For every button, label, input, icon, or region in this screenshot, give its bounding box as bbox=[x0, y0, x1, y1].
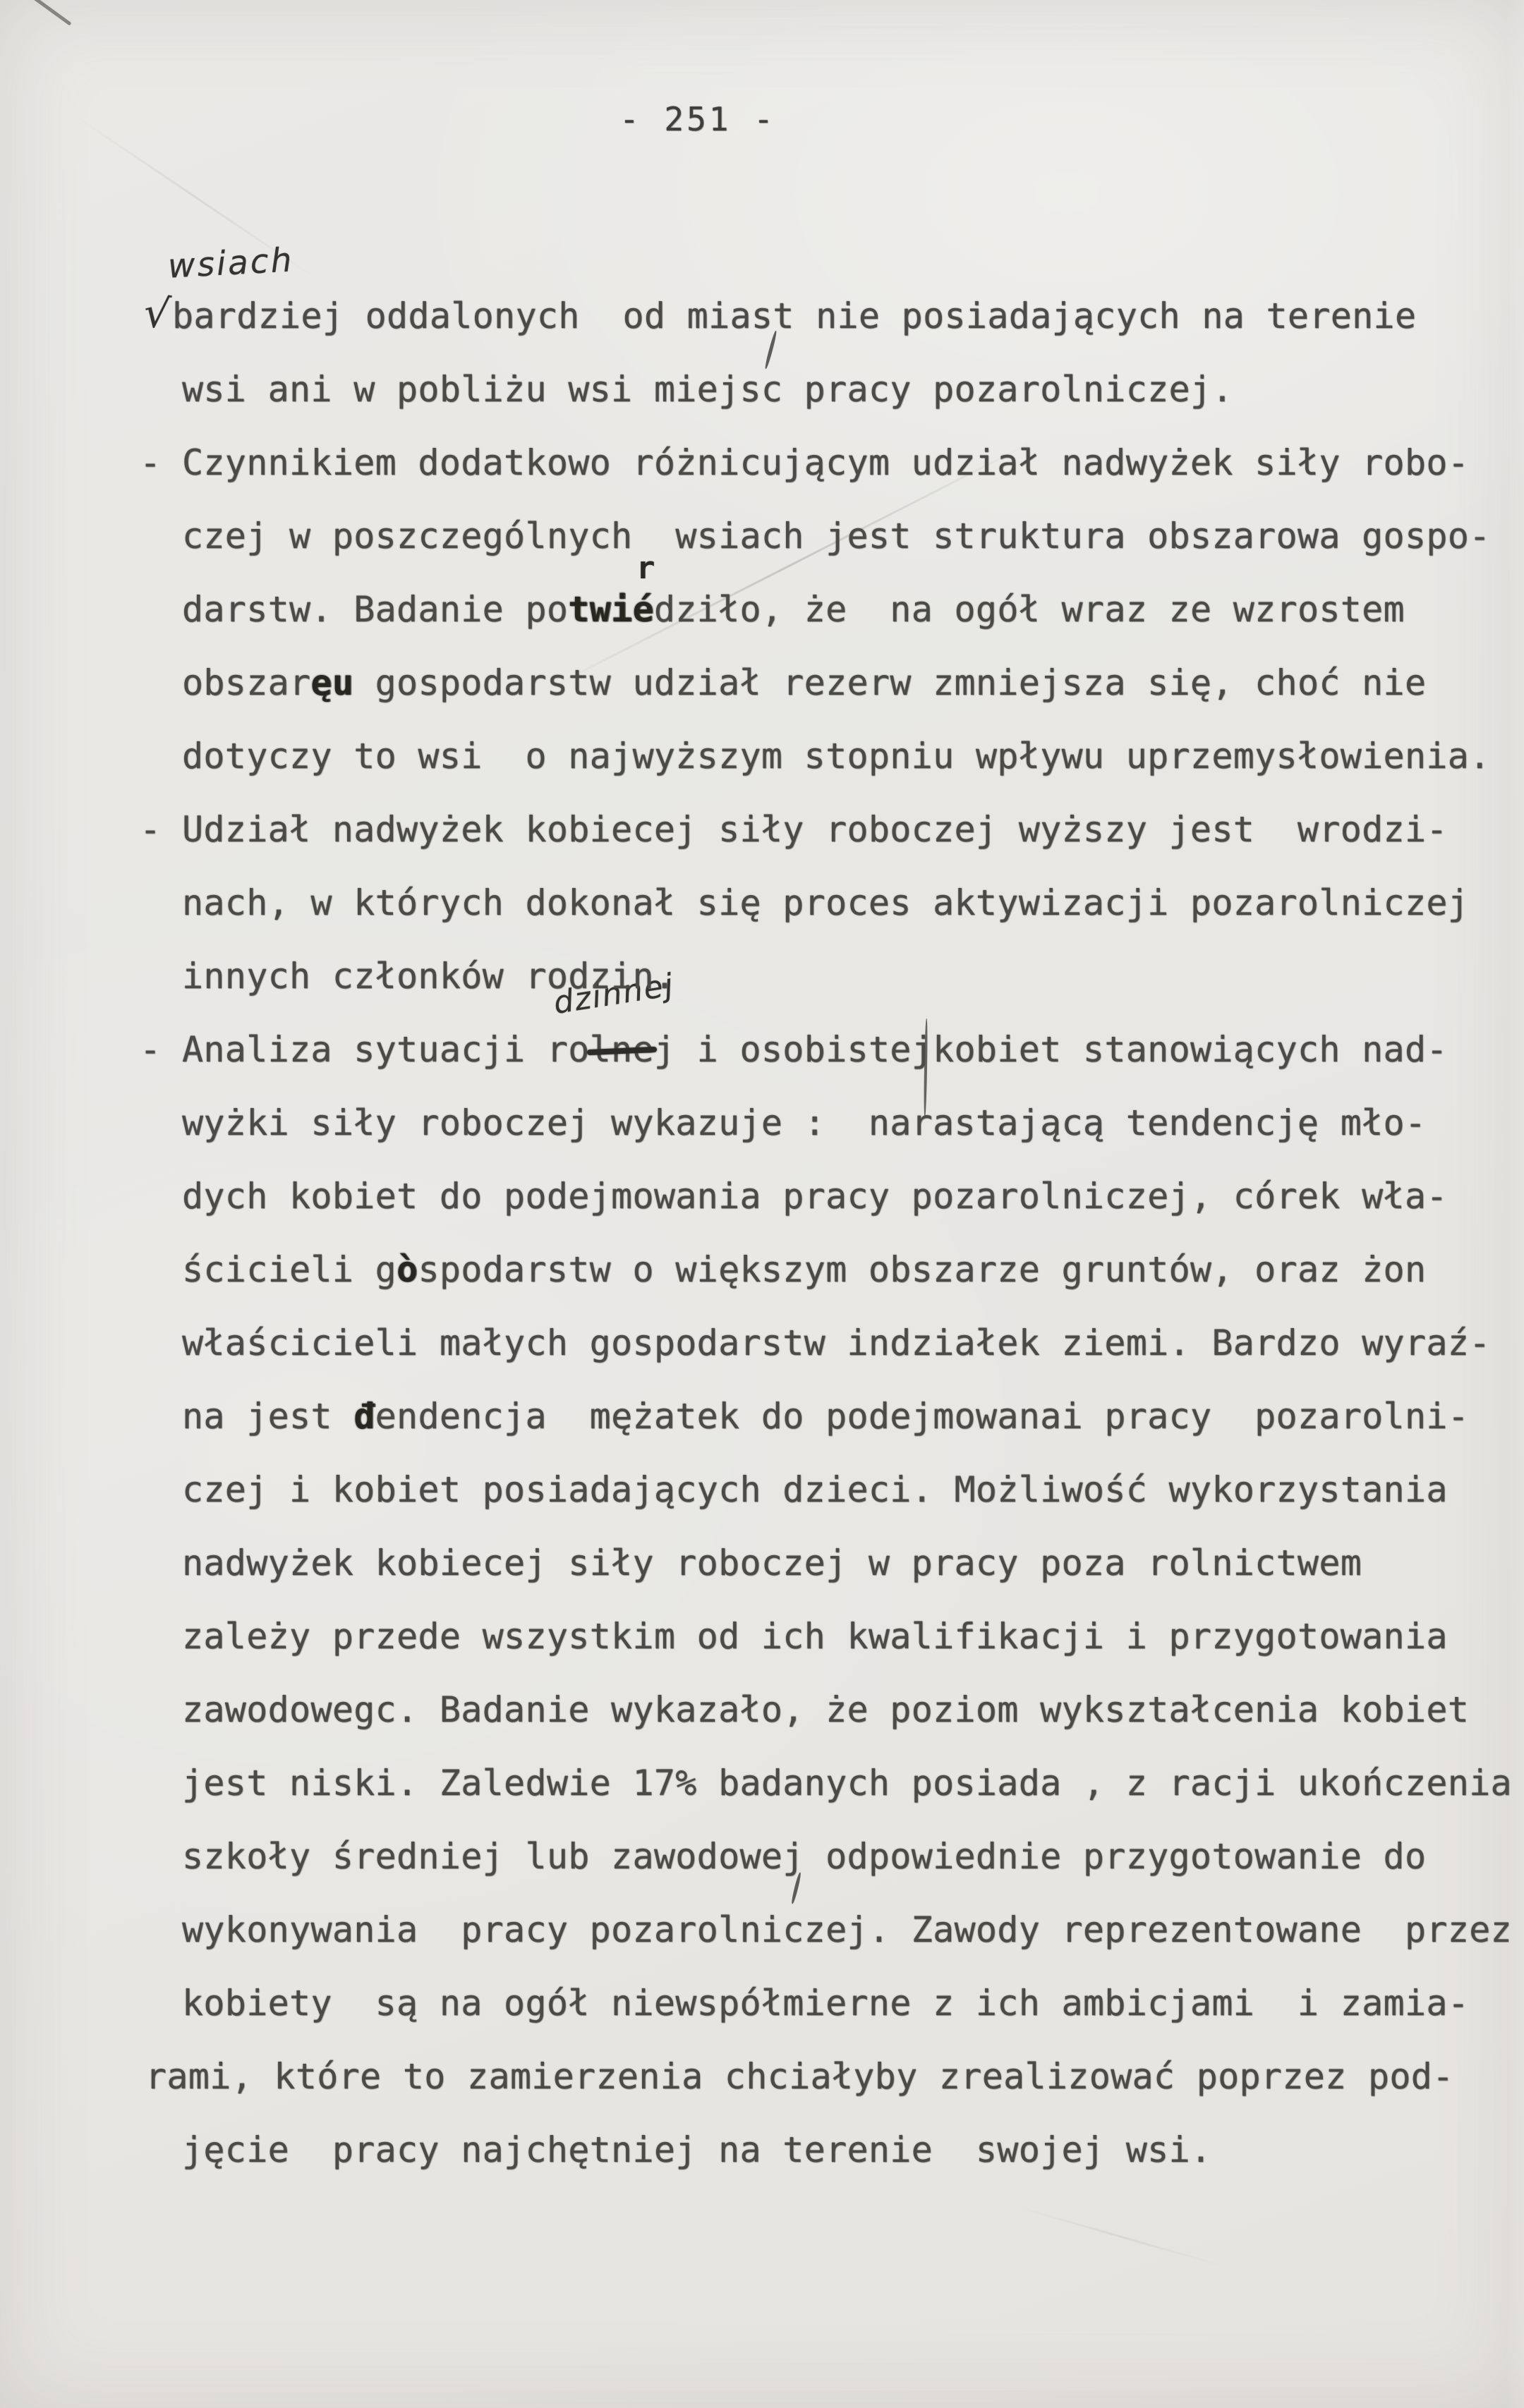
text-line-content: jest niski. Zaledwie 17% badanych posiad… bbox=[182, 1762, 1512, 1804]
text-line-content: bardziej oddalonych od miast nie posiada… bbox=[172, 295, 1416, 337]
text-line: wsi ani w pobliżu wsi miejsc pracy pozar… bbox=[0, 368, 1524, 412]
typed-text: Udział nadwyżek kobiecej siły roboczej w… bbox=[182, 809, 1448, 850]
text-line: szkoły średniej lub zawodowej odpowiedni… bbox=[0, 1835, 1524, 1879]
typed-text: czej i kobiet posiadających dzieci. Możl… bbox=[182, 1469, 1448, 1510]
typed-text: zawodowegc. Badanie wykazało, że poziom … bbox=[182, 1689, 1469, 1730]
text-line: innych członków rodzin. bbox=[0, 955, 1524, 999]
typed-text: jest niski. Zaledwie 17% badanych posiad… bbox=[182, 1763, 1512, 1804]
typed-text: kobiety są na ogół niewspółmierne z ich … bbox=[182, 1983, 1469, 2024]
text-line: jęcie pracy najchętniej na terenie swoje… bbox=[0, 2129, 1524, 2172]
text-line: ścicieli gòspodarstw o większym obszarze… bbox=[0, 1248, 1524, 1292]
typed-text: wykonywania pracy pozarolniczej. Zawody … bbox=[182, 1909, 1512, 1950]
text-line-content: czej w poszczególnych wsiach jest strukt… bbox=[182, 515, 1491, 557]
text-line-content: Udział nadwyżek kobiecej siły roboczej w… bbox=[182, 808, 1448, 851]
text-line: kobiety są na ogół niewspółmierne z ich … bbox=[0, 1982, 1524, 2026]
text-line-content: nach, w których dokonał się proces aktyw… bbox=[182, 882, 1469, 924]
text-line-content: wykonywania pracy pozarolniczej. Zawody … bbox=[182, 1909, 1512, 1951]
text-line: na jest đendencja mężatek do podejmowana… bbox=[0, 1395, 1524, 1439]
text-line-content: dotyczy to wsi o najwyższym stopniu wpły… bbox=[182, 735, 1491, 777]
list-dash: - bbox=[140, 808, 161, 851]
text-line: właścicieli małych gospodarstw indziałek… bbox=[0, 1322, 1524, 1366]
text-line: zależy przede wszystkim od ich kwalifika… bbox=[0, 1615, 1524, 1659]
text-line: czej i kobiet posiadających dzieci. Możl… bbox=[0, 1468, 1524, 1512]
typed-text: dotyczy to wsi o najwyższym stopniu wpły… bbox=[182, 736, 1491, 777]
text-line: -Czynnikiem dodatkowo różnicującym udzia… bbox=[0, 442, 1524, 485]
typed-text: nadwyżek kobiecej siły roboczej w pracy … bbox=[182, 1543, 1362, 1583]
typed-text: Analiza sytuacji ro bbox=[182, 1029, 590, 1070]
text-line-content: na jest đendencja mężatek do podejmowana… bbox=[182, 1395, 1469, 1437]
typed-text: jęcie pracy najchętniej na terenie swoje… bbox=[182, 2129, 1211, 2170]
text-line-content: kobiety są na ogół niewspółmierne z ich … bbox=[182, 1982, 1469, 2024]
typed-text: obszar bbox=[182, 662, 310, 703]
scanned-document-page: - 251 - wsiach √ r dzinnej bardziej odda… bbox=[0, 0, 1524, 2408]
text-line-content: ścicieli gòspodarstw o większym obszarze… bbox=[182, 1248, 1426, 1291]
typed-text: rami, które to zamierzenia chciałyby zre… bbox=[145, 2056, 1454, 2097]
typed-text-block: bardziej oddalonych od miast nie posiada… bbox=[0, 0, 1524, 2408]
text-line: bardziej oddalonych od miast nie posiada… bbox=[0, 295, 1524, 339]
text-line-content: wyżki siły roboczej wykazuje : narastają… bbox=[182, 1102, 1426, 1144]
text-line: obszaręu gospodarstw udział rezerw zmnie… bbox=[0, 662, 1524, 705]
text-line-content: obszaręu gospodarstw udział rezerw zmnie… bbox=[182, 662, 1426, 704]
text-line: czej w poszczególnych wsiach jest strukt… bbox=[0, 515, 1524, 559]
typed-text: czej w poszczególnych wsiach jest strukt… bbox=[182, 516, 1491, 557]
typed-text: nach, w których dokonał się proces aktyw… bbox=[182, 882, 1469, 923]
typed-text: ścicieli g bbox=[182, 1249, 397, 1290]
text-line-content: rami, które to zamierzenia chciałyby zre… bbox=[145, 2055, 1454, 2098]
text-line-content: Analiza sytuacji rolnej i osobistejkobie… bbox=[182, 1028, 1448, 1071]
typed-text: dych kobiet do podejmowania pracy pozaro… bbox=[182, 1176, 1448, 1217]
text-line: wykonywania pracy pozarolniczej. Zawody … bbox=[0, 1909, 1524, 1952]
overtyped-text: ęu bbox=[310, 662, 353, 703]
typed-text: innych członków rodzin. bbox=[182, 956, 675, 997]
struck-through-text: lne bbox=[590, 1029, 654, 1070]
text-line-content: szkoły średniej lub zawodowej odpowiedni… bbox=[182, 1835, 1426, 1878]
text-line-content: dych kobiet do podejmowania pracy pozaro… bbox=[182, 1175, 1448, 1217]
list-dash: - bbox=[140, 442, 161, 484]
text-line: wyżki siły roboczej wykazuje : narastają… bbox=[0, 1102, 1524, 1145]
text-line: darstw. Badanie potwiédziło, że na ogół … bbox=[0, 588, 1524, 632]
typed-text: endencja mężatek do podejmowanai pracy p… bbox=[375, 1396, 1470, 1437]
typed-text: właścicieli małych gospodarstw indziałek… bbox=[182, 1322, 1491, 1363]
text-line: rami, które to zamierzenia chciałyby zre… bbox=[0, 2055, 1524, 2099]
text-line: jest niski. Zaledwie 17% badanych posiad… bbox=[0, 1762, 1524, 1806]
typed-text: wsi ani w pobliżu wsi miejsc pracy pozar… bbox=[182, 369, 1233, 410]
overtyped-text: ò bbox=[397, 1249, 418, 1290]
typed-text: dziło, że na ogół wraz ze wzrostem bbox=[654, 589, 1405, 630]
typed-text: zależy przede wszystkim od ich kwalifika… bbox=[182, 1616, 1448, 1657]
text-line: nach, w których dokonał się proces aktyw… bbox=[0, 882, 1524, 925]
text-line-content: jęcie pracy najchętniej na terenie swoje… bbox=[182, 2129, 1211, 2171]
typed-text: bardziej oddalonych od miast nie posiada… bbox=[172, 296, 1416, 336]
typed-text: kobiet stanowiących nad- bbox=[933, 1029, 1448, 1070]
text-line-content: innych członków rodzin. bbox=[182, 955, 675, 997]
overtyped-text: twié bbox=[568, 589, 654, 630]
text-line-content: zależy przede wszystkim od ich kwalifika… bbox=[182, 1615, 1448, 1658]
text-line-content: Czynnikiem dodatkowo różnicującym udział… bbox=[182, 442, 1469, 484]
text-line: zawodowegc. Badanie wykazało, że poziom … bbox=[0, 1689, 1524, 1732]
text-line-content: wsi ani w pobliżu wsi miejsc pracy pozar… bbox=[182, 368, 1233, 411]
text-line-content: nadwyżek kobiecej siły roboczej w pracy … bbox=[182, 1542, 1362, 1584]
text-line: -Analiza sytuacji rolnej i osobistejkobi… bbox=[0, 1028, 1524, 1072]
text-line: dotyczy to wsi o najwyższym stopniu wpły… bbox=[0, 735, 1524, 779]
text-line-content: darstw. Badanie potwiédziło, że na ogół … bbox=[182, 588, 1405, 631]
typed-text: gospodarstw udział rezerw zmniejsza się,… bbox=[353, 662, 1426, 703]
typed-text: szkoły średniej lub zawodowej odpowiedni… bbox=[182, 1836, 1426, 1877]
list-dash: - bbox=[140, 1028, 161, 1071]
typed-text: na jest bbox=[182, 1396, 353, 1437]
text-line-content: zawodowegc. Badanie wykazało, że poziom … bbox=[182, 1689, 1469, 1731]
text-line: -Udział nadwyżek kobiecej siły roboczej … bbox=[0, 808, 1524, 852]
text-line-content: właścicieli małych gospodarstw indziałek… bbox=[182, 1322, 1491, 1364]
typed-text: Czynnikiem dodatkowo różnicującym udział… bbox=[182, 442, 1469, 483]
text-line: dych kobiet do podejmowania pracy pozaro… bbox=[0, 1175, 1524, 1219]
typed-text: wyżki siły roboczej wykazuje : narastają… bbox=[182, 1102, 1426, 1143]
text-line: nadwyżek kobiecej siły roboczej w pracy … bbox=[0, 1542, 1524, 1586]
overtyped-text: đ bbox=[353, 1396, 375, 1437]
typed-text: j i osobistej bbox=[654, 1029, 933, 1070]
typed-text: darstw. Badanie po bbox=[182, 589, 568, 630]
typed-text: spodarstw o większym obszarze gruntów, o… bbox=[418, 1249, 1426, 1290]
text-line-content: czej i kobiet posiadających dzieci. Możl… bbox=[182, 1468, 1448, 1511]
